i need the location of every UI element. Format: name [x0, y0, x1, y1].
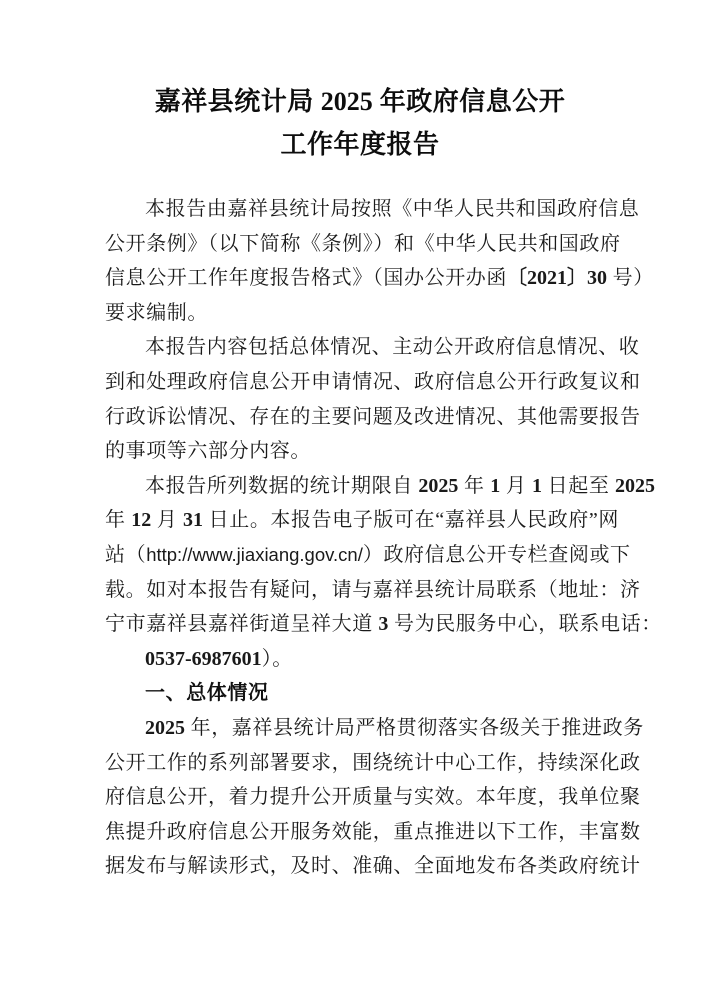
text-line: 公开工作的系列部署要求，围绕统计中心工作，持续深化政	[105, 746, 629, 781]
text-run: 年	[105, 509, 131, 531]
number-text: 1	[532, 475, 542, 497]
text-run: 的事项等六部分内容。	[105, 440, 311, 462]
title-line: 嘉祥县统计局 2025 年政府信息公开	[91, 80, 629, 123]
text-line: 府信息公开，着力提升公开质量与实效。本年度，我单位聚	[105, 780, 629, 815]
text-run: 工作年度报告	[280, 130, 439, 159]
paragraph: 本报告由嘉祥县统计局按照《中华人民共和国政府信息公开条例》（以下简称《条例》）和…	[105, 192, 629, 330]
text-run: 嘉祥县统计局	[155, 87, 321, 116]
paragraph: 本报告所列数据的统计期限自 2025 年 1 月 1 日起至 2025年 12 …	[105, 469, 629, 677]
text-run: 公开条例》（以下简称《条例》）和《中华人民共和国政府	[105, 233, 621, 255]
text-line: 行政诉讼情况、存在的主要问题及改进情况、其他需要报告	[105, 400, 629, 435]
text-run: 日起至	[542, 475, 615, 497]
number-text: 2025	[615, 475, 655, 497]
number-text: 2025	[321, 87, 373, 116]
text-run: 载。如对本报告有疑问，请与嘉祥县统计局联系（地址：济	[105, 579, 641, 601]
text-run: 焦提升政府信息公开服务效能，重点推进以下工作，丰富数	[105, 821, 641, 843]
paragraph: 2025 年，嘉祥县统计局严格贯彻落实各级关于推进政务公开工作的系列部署要求，围…	[105, 711, 629, 884]
text-run: 信息公开工作年度报告格式》（国办公开办函	[105, 267, 507, 289]
number-text: 31	[183, 509, 203, 531]
text-run: 号为民服务中心，联系电话：	[388, 613, 661, 635]
text-line: 本报告内容包括总体情况、主动公开政府信息情况、收	[105, 330, 629, 365]
text-line: 的事项等六部分内容。	[105, 434, 629, 469]
text-run: ）。	[262, 648, 293, 670]
number-text: 3	[378, 613, 388, 635]
text-run: 宁市嘉祥县嘉祥街道呈祥大道	[105, 613, 378, 635]
text-run: 号）	[607, 267, 654, 289]
text-line: 载。如对本报告有疑问，请与嘉祥县统计局联系（地址：济	[105, 573, 629, 608]
text-run: 行政诉讼情况、存在的主要问题及改进情况、其他需要报告	[105, 406, 641, 428]
text-line: 据发布与解读形式，及时、准确、全面地发布各类政府统计	[105, 849, 629, 884]
text-run: 月	[151, 509, 183, 531]
text-line: 公开条例》（以下简称《条例》）和《中华人民共和国政府	[105, 227, 629, 262]
text-run: 月	[500, 475, 532, 497]
text-run: 年政府信息公开	[373, 87, 566, 116]
number-text: 1	[490, 475, 500, 497]
text-run: 一、总体情况	[145, 682, 269, 704]
text-line: 焦提升政府信息公开服务效能，重点推进以下工作，丰富数	[105, 815, 629, 850]
text-run: ）政府信息公开专栏查阅或下	[363, 544, 631, 566]
paragraph: 本报告内容包括总体情况、主动公开政府信息情况、收到和处理政府信息公开申请情况、政…	[105, 330, 629, 468]
text-run: 府信息公开，着力提升公开质量与实效。本年度，我单位聚	[105, 786, 641, 808]
document-body: 本报告由嘉祥县统计局按照《中华人民共和国政府信息公开条例》（以下简称《条例》）和…	[105, 192, 629, 884]
section-heading: 一、总体情况	[105, 676, 629, 711]
text-line: 本报告所列数据的统计期限自 2025 年 1 月 1 日起至 2025	[105, 469, 629, 504]
text-run: 站（	[105, 544, 146, 566]
number-text: 2025	[145, 717, 185, 739]
number-text: 0537-6987601	[145, 648, 262, 670]
text-run: 要求编制。	[105, 302, 208, 324]
text-run: 公开工作的系列部署要求，围绕统计中心工作，持续深化政	[105, 752, 641, 774]
text-line: 年 12 月 31 日止。本报告电子版可在“嘉祥县人民政府”网	[105, 503, 629, 538]
text-run: 日止。本报告电子版可在“嘉祥县人民政府”网	[203, 509, 619, 531]
text-line: 要求编制。	[105, 296, 629, 331]
number-text: 12	[131, 509, 151, 531]
text-run: 年	[458, 475, 490, 497]
title-line: 工作年度报告	[91, 123, 629, 166]
text-run: 本报告所列数据的统计期限自	[145, 475, 418, 497]
text-run: 本报告内容包括总体情况、主动公开政府信息情况、收	[145, 336, 639, 358]
text-line: 本报告由嘉祥县统计局按照《中华人民共和国政府信息	[105, 192, 629, 227]
text-line: 0537-6987601）。	[105, 642, 629, 677]
text-line: 到和处理政府信息公开申请情况、政府信息公开行政复议和	[105, 365, 629, 400]
text-run: 到和处理政府信息公开申请情况、政府信息公开行政复议和	[105, 371, 641, 393]
number-text: 〔2021〕30	[507, 267, 607, 289]
text-run: 年，嘉祥县统计局严格贯彻落实各级关于推进政务	[185, 717, 644, 739]
document-title: 嘉祥县统计局 2025 年政府信息公开工作年度报告	[91, 80, 629, 166]
text-line: 2025 年，嘉祥县统计局严格贯彻落实各级关于推进政务	[105, 711, 629, 746]
text-line: 站（http://www.jiaxiang.gov.cn/）政府信息公开专栏查阅…	[105, 538, 629, 573]
number-text: 2025	[418, 475, 458, 497]
text-line: 宁市嘉祥县嘉祥街道呈祥大道 3 号为民服务中心，联系电话：	[105, 607, 629, 642]
text-line: 信息公开工作年度报告格式》（国办公开办函〔2021〕30 号）	[105, 261, 629, 296]
text-run: 本报告由嘉祥县统计局按照《中华人民共和国政府信息	[145, 198, 639, 220]
document-page: 嘉祥县统计局 2025 年政府信息公开工作年度报告 本报告由嘉祥县统计局按照《中…	[0, 0, 707, 999]
url-text: http://www.jiaxiang.gov.cn/	[146, 544, 363, 565]
text-run: 据发布与解读形式，及时、准确、全面地发布各类政府统计	[105, 855, 641, 877]
